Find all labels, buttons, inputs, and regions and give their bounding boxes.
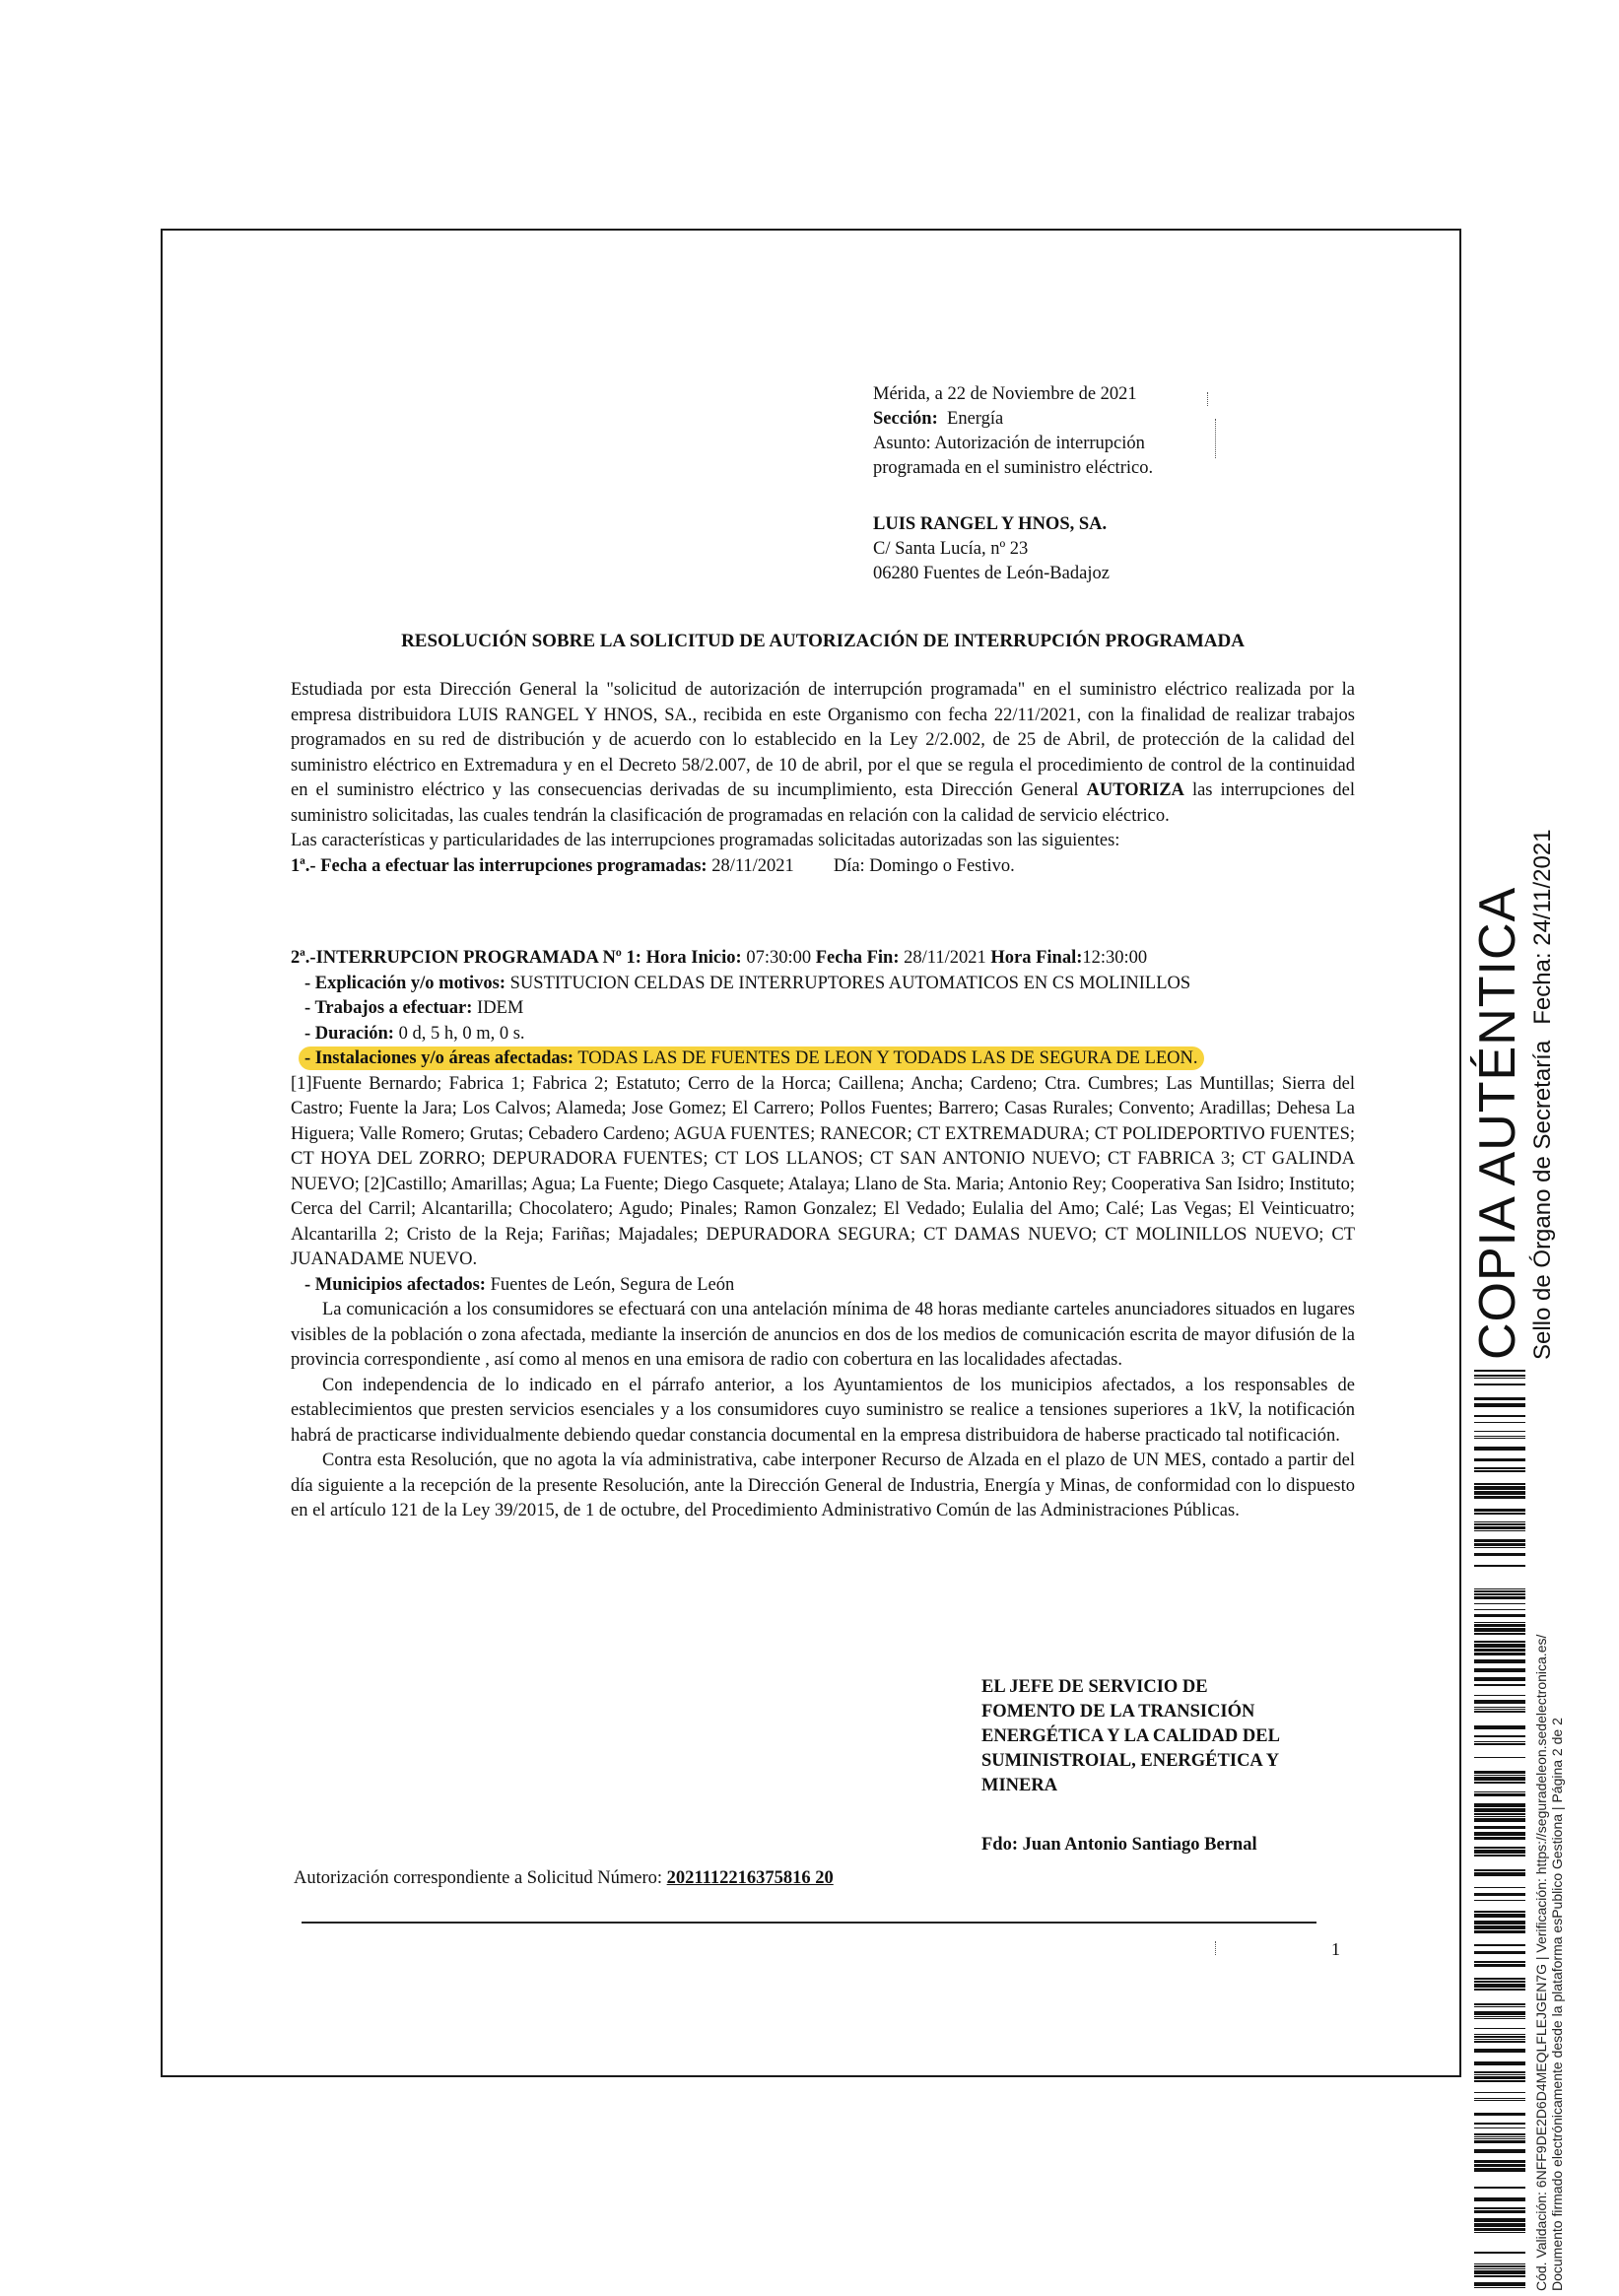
scan-mark <box>1215 419 1216 458</box>
verification-text: Cód. Validación: 6NFF9DE2D6D4MEQLFLEJGEN… <box>1533 1635 1565 2291</box>
signature-line: MINERA <box>981 1774 1280 1798</box>
interruption-heading: 2ª.-INTERRUPCION PROGRAMADA Nº 1: <box>291 948 641 968</box>
section-label: Sección: <box>873 409 938 429</box>
intro-paragraph: Estudiada por esta Dirección General la … <box>291 678 1355 829</box>
section1-row: 1ª.- Fecha a efectuar las interrupciones… <box>291 854 1355 880</box>
areas-row: - Instalaciones y/o áreas afectadas: TOD… <box>291 1047 1355 1072</box>
highlighted-areas: - Instalaciones y/o áreas afectadas: TOD… <box>299 1047 1204 1070</box>
scan-mark <box>1215 1941 1216 1955</box>
interruption-heading-row: 2ª.-INTERRUPCION PROGRAMADA Nº 1: Hora I… <box>291 946 1355 972</box>
recipient-name: LUIS RANGEL Y HNOS, SA. <box>873 512 1110 537</box>
sello-date: Fecha: 24/11/2021 <box>1529 829 1556 1024</box>
duration-label: - Duración: <box>304 1024 394 1044</box>
verification-line-2: Documento firmado electrónicamente desde… <box>1549 1635 1565 2291</box>
notification-paragraph: Con independencia de lo indicado en el p… <box>291 1374 1355 1450</box>
footer-rule <box>302 1922 1316 1924</box>
letter-header: Mérida, a 22 de Noviembre de 2021 Secció… <box>873 382 1228 481</box>
sello-stamp: Sello de Órgano de SecretaríaFecha: 24/1… <box>1529 829 1557 1360</box>
authorization-line: Autorización correspondiente a Solicitud… <box>294 1868 834 1889</box>
section1-date: 28/11/2021 <box>711 854 794 880</box>
copia-autentica-stamp: COPIA AUTÉNTICA <box>1468 887 1527 1360</box>
verification-line-1: Cód. Validación: 6NFF9DE2D6D4MEQLFLEJGEN… <box>1533 1635 1549 2291</box>
signature-line: EL JEFE DE SERVICIO DE <box>981 1675 1280 1700</box>
reason-row: - Explicación y/o motivos: SUSTITUCION C… <box>291 972 1355 997</box>
subject-line-1: Asunto: Autorización de interrupción <box>873 432 1228 456</box>
municipalities-value: Fuentes de León, Segura de León <box>491 1275 735 1295</box>
works-value: IDEM <box>477 998 523 1018</box>
municipalities-row: - Municipios afectados: Fuentes de León,… <box>291 1273 1355 1299</box>
authorizes-keyword: AUTORIZA <box>1087 780 1184 800</box>
areas-list: [1]Fuente Bernardo; Fabrica 1; Fabrica 2… <box>291 1072 1355 1273</box>
end-date-value: 28/11/2021 <box>904 948 986 968</box>
signature-line: SUMINISTROIAL, ENERGÉTICA Y <box>981 1749 1280 1774</box>
section1-label: 1ª.- Fecha a efectuar las interrupciones… <box>291 854 708 880</box>
end-time-value: 12:30:00 <box>1082 948 1147 968</box>
duration-value: 0 d, 5 h, 0 m, 0 s. <box>399 1024 525 1044</box>
document-title: RESOLUCIÓN SOBRE LA SOLICITUD DE AUTORIZ… <box>291 631 1355 652</box>
recipient-address: LUIS RANGEL Y HNOS, SA. C/ Santa Lucía, … <box>873 512 1110 586</box>
section-value: Energía <box>947 409 1003 429</box>
works-label: - Trabajos a efectuar: <box>304 998 472 1018</box>
start-label: Hora Inicio: <box>646 948 742 968</box>
start-value: 07:30:00 <box>746 948 811 968</box>
section1-day: Día: Domingo o Festivo. <box>834 854 1015 880</box>
characteristics-line: Las características y particularidades d… <box>291 829 1355 854</box>
signed-by: Fdo: Juan Antonio Santiago Bernal <box>981 1835 1257 1856</box>
barcode <box>1474 1370 1525 2291</box>
areas-value: TODAS LAS DE FUENTES DE LEON Y TODADS LA… <box>577 1048 1197 1068</box>
areas-label: - Instalaciones y/o áreas afectadas: <box>304 1048 573 1068</box>
authorization-label: Autorización correspondiente a Solicitud… <box>294 1868 662 1888</box>
signature-line: ENERGÉTICA Y LA CALIDAD DEL <box>981 1724 1280 1749</box>
place-date: Mérida, a 22 de Noviembre de 2021 <box>873 382 1228 407</box>
sello-text: Sello de Órgano de Secretaría <box>1529 1041 1556 1360</box>
section-line: Sección: Energía <box>873 407 1228 432</box>
page-number: 1 <box>1331 1939 1340 1960</box>
authorization-number: 2021112216375816 20 <box>667 1868 834 1888</box>
recipient-street: C/ Santa Lucía, nº 23 <box>873 537 1110 562</box>
subject-line-2: programada en el suministro eléctrico. <box>873 456 1228 481</box>
intro-section: Estudiada por esta Dirección General la … <box>291 678 1355 879</box>
signature-line: FOMENTO DE LA TRANSICIÓN <box>981 1700 1280 1724</box>
end-date-label: Fecha Fin: <box>816 948 900 968</box>
works-row: - Trabajos a efectuar: IDEM <box>291 996 1355 1022</box>
duration-row: - Duración: 0 d, 5 h, 0 m, 0 s. <box>291 1022 1355 1047</box>
recipient-city: 06280 Fuentes de León-Badajoz <box>873 562 1110 586</box>
scan-mark <box>1207 392 1208 406</box>
municipalities-label: - Municipios afectados: <box>304 1275 486 1295</box>
communication-paragraph: La comunicación a los consumidores se ef… <box>291 1298 1355 1374</box>
reason-value: SUSTITUCION CELDAS DE INTERRUPTORES AUTO… <box>510 974 1191 993</box>
signature-title: EL JEFE DE SERVICIO DE FOMENTO DE LA TRA… <box>981 1675 1280 1798</box>
appeal-paragraph: Contra esta Resolución, que no agota la … <box>291 1449 1355 1524</box>
reason-label: - Explicación y/o motivos: <box>304 974 506 993</box>
interruption-section: 2ª.-INTERRUPCION PROGRAMADA Nº 1: Hora I… <box>291 946 1355 1524</box>
end-time-label: Hora Final: <box>990 948 1082 968</box>
